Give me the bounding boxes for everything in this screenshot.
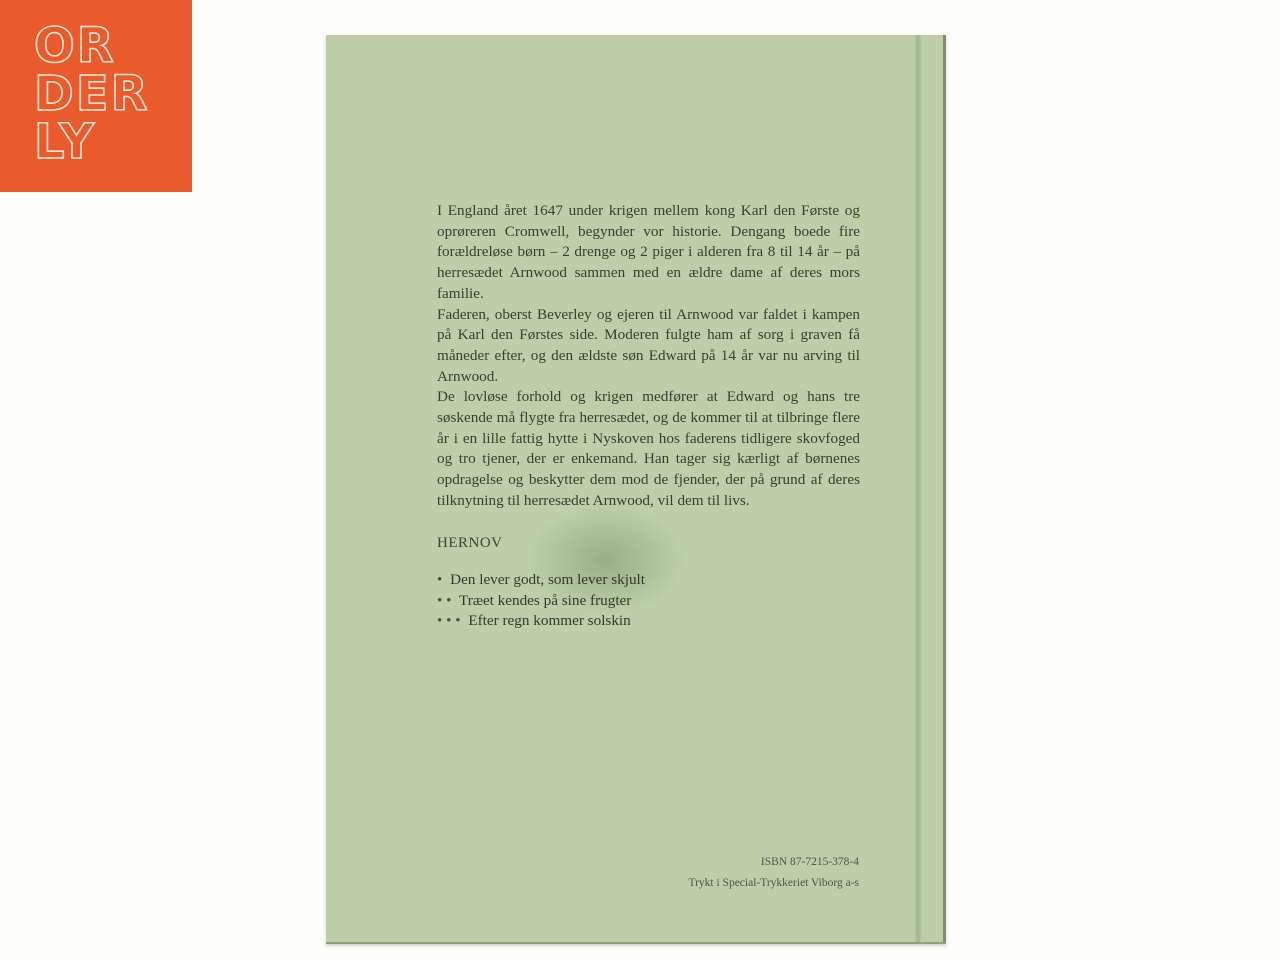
blurb-paragraph-3: De lovløse forhold og krigen medfører at… [437, 387, 860, 511]
isbn: ISBN 87-7215-378-4 [688, 852, 859, 873]
blurb: I England året 1647 under krigen mellem … [437, 201, 860, 647]
blurb-paragraph-2: Faderen, oberst Beverley og ejeren til A… [437, 305, 860, 388]
series-item-text: Den lever godt, som lever skjult [450, 571, 645, 588]
printer-credit: Trykt i Special-Trykkeriet Viborg a-s [688, 873, 859, 894]
blurb-paragraph-1: I England året 1647 under krigen mellem … [437, 201, 860, 305]
logo-line-3: LY [34, 118, 150, 166]
series-item-text: Træet kendes på sine frugter [459, 592, 631, 609]
imprint: ISBN 87-7215-378-4 Trykt i Special-Trykk… [688, 852, 859, 894]
bullet-icon: • [437, 571, 442, 588]
orderly-logo[interactable]: OR DER LY [0, 0, 192, 192]
series-item: • Den lever godt, som lever skjult [437, 570, 860, 591]
logo-line-1: OR [34, 22, 150, 70]
bullet-icon: • • [437, 592, 451, 609]
logo-line-2: DER [34, 70, 150, 118]
series-title-list: • Den lever godt, som lever skjult • • T… [437, 570, 860, 632]
series-title: HERNOV [437, 533, 860, 554]
bullet-icon: • • • [437, 612, 461, 629]
series-item: • • Træet kendes på sine frugter [437, 591, 860, 612]
series-item-text: Efter regn kommer solskin [468, 612, 630, 629]
series-item: • • • Efter regn kommer solskin [437, 611, 860, 632]
book-back-cover: I England året 1647 under krigen mellem … [326, 35, 946, 944]
logo-wordmark: OR DER LY [34, 22, 150, 166]
